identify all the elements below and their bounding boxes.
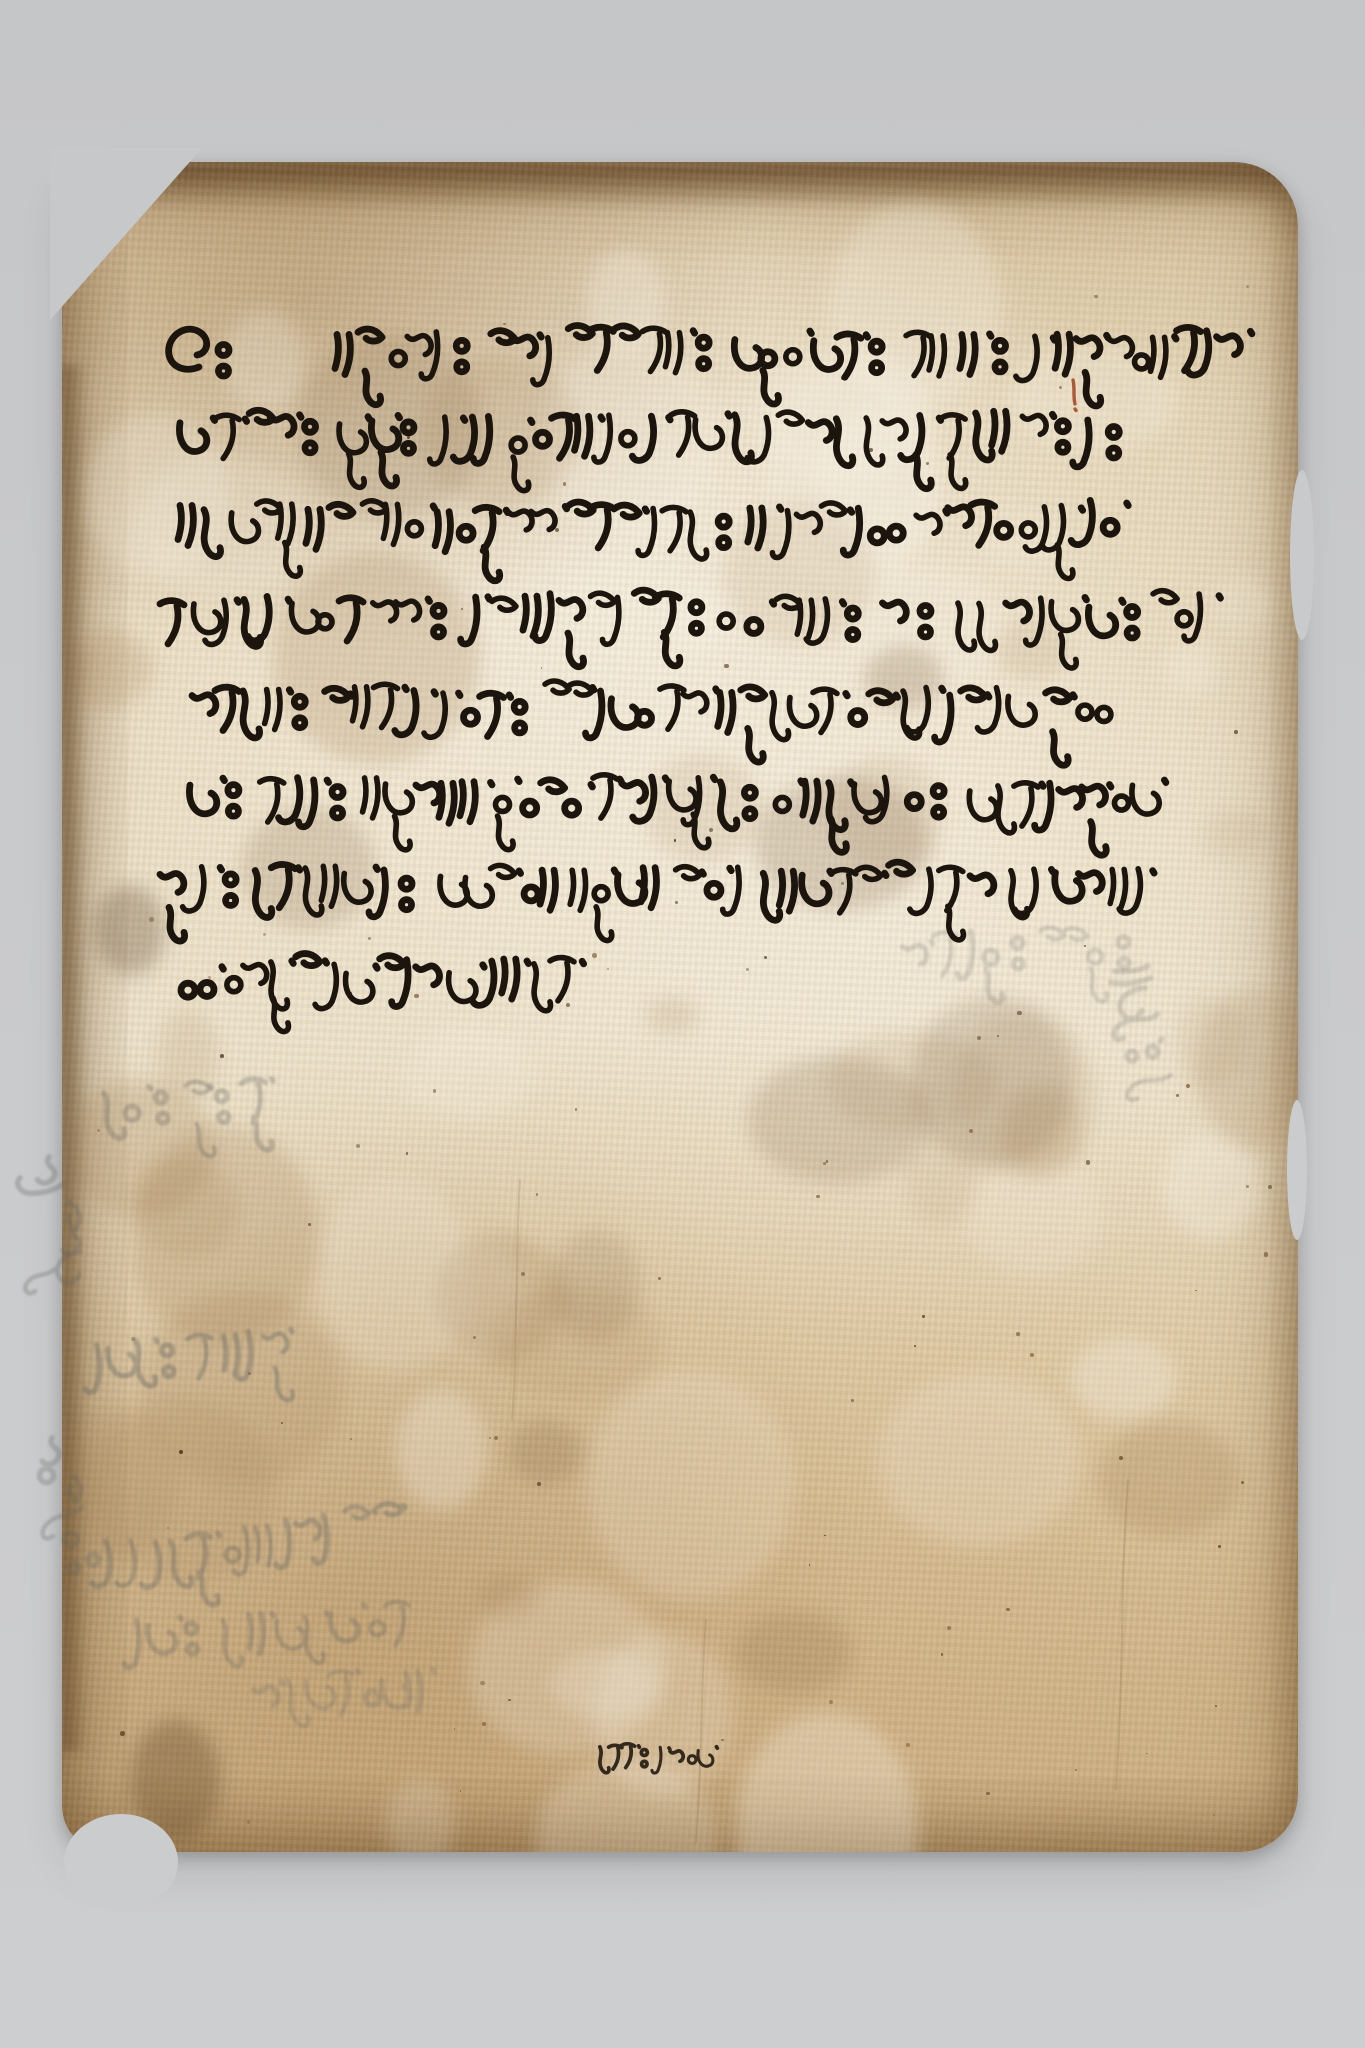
photo-background <box>0 0 1365 2048</box>
manuscript-leaf <box>62 162 1298 1852</box>
bottom-left-edge-notch <box>64 1814 178 1910</box>
right-edge-wave-1 <box>1290 470 1314 640</box>
paper-grain-texture <box>62 162 1298 1852</box>
right-edge-wave-2 <box>1287 1100 1307 1240</box>
